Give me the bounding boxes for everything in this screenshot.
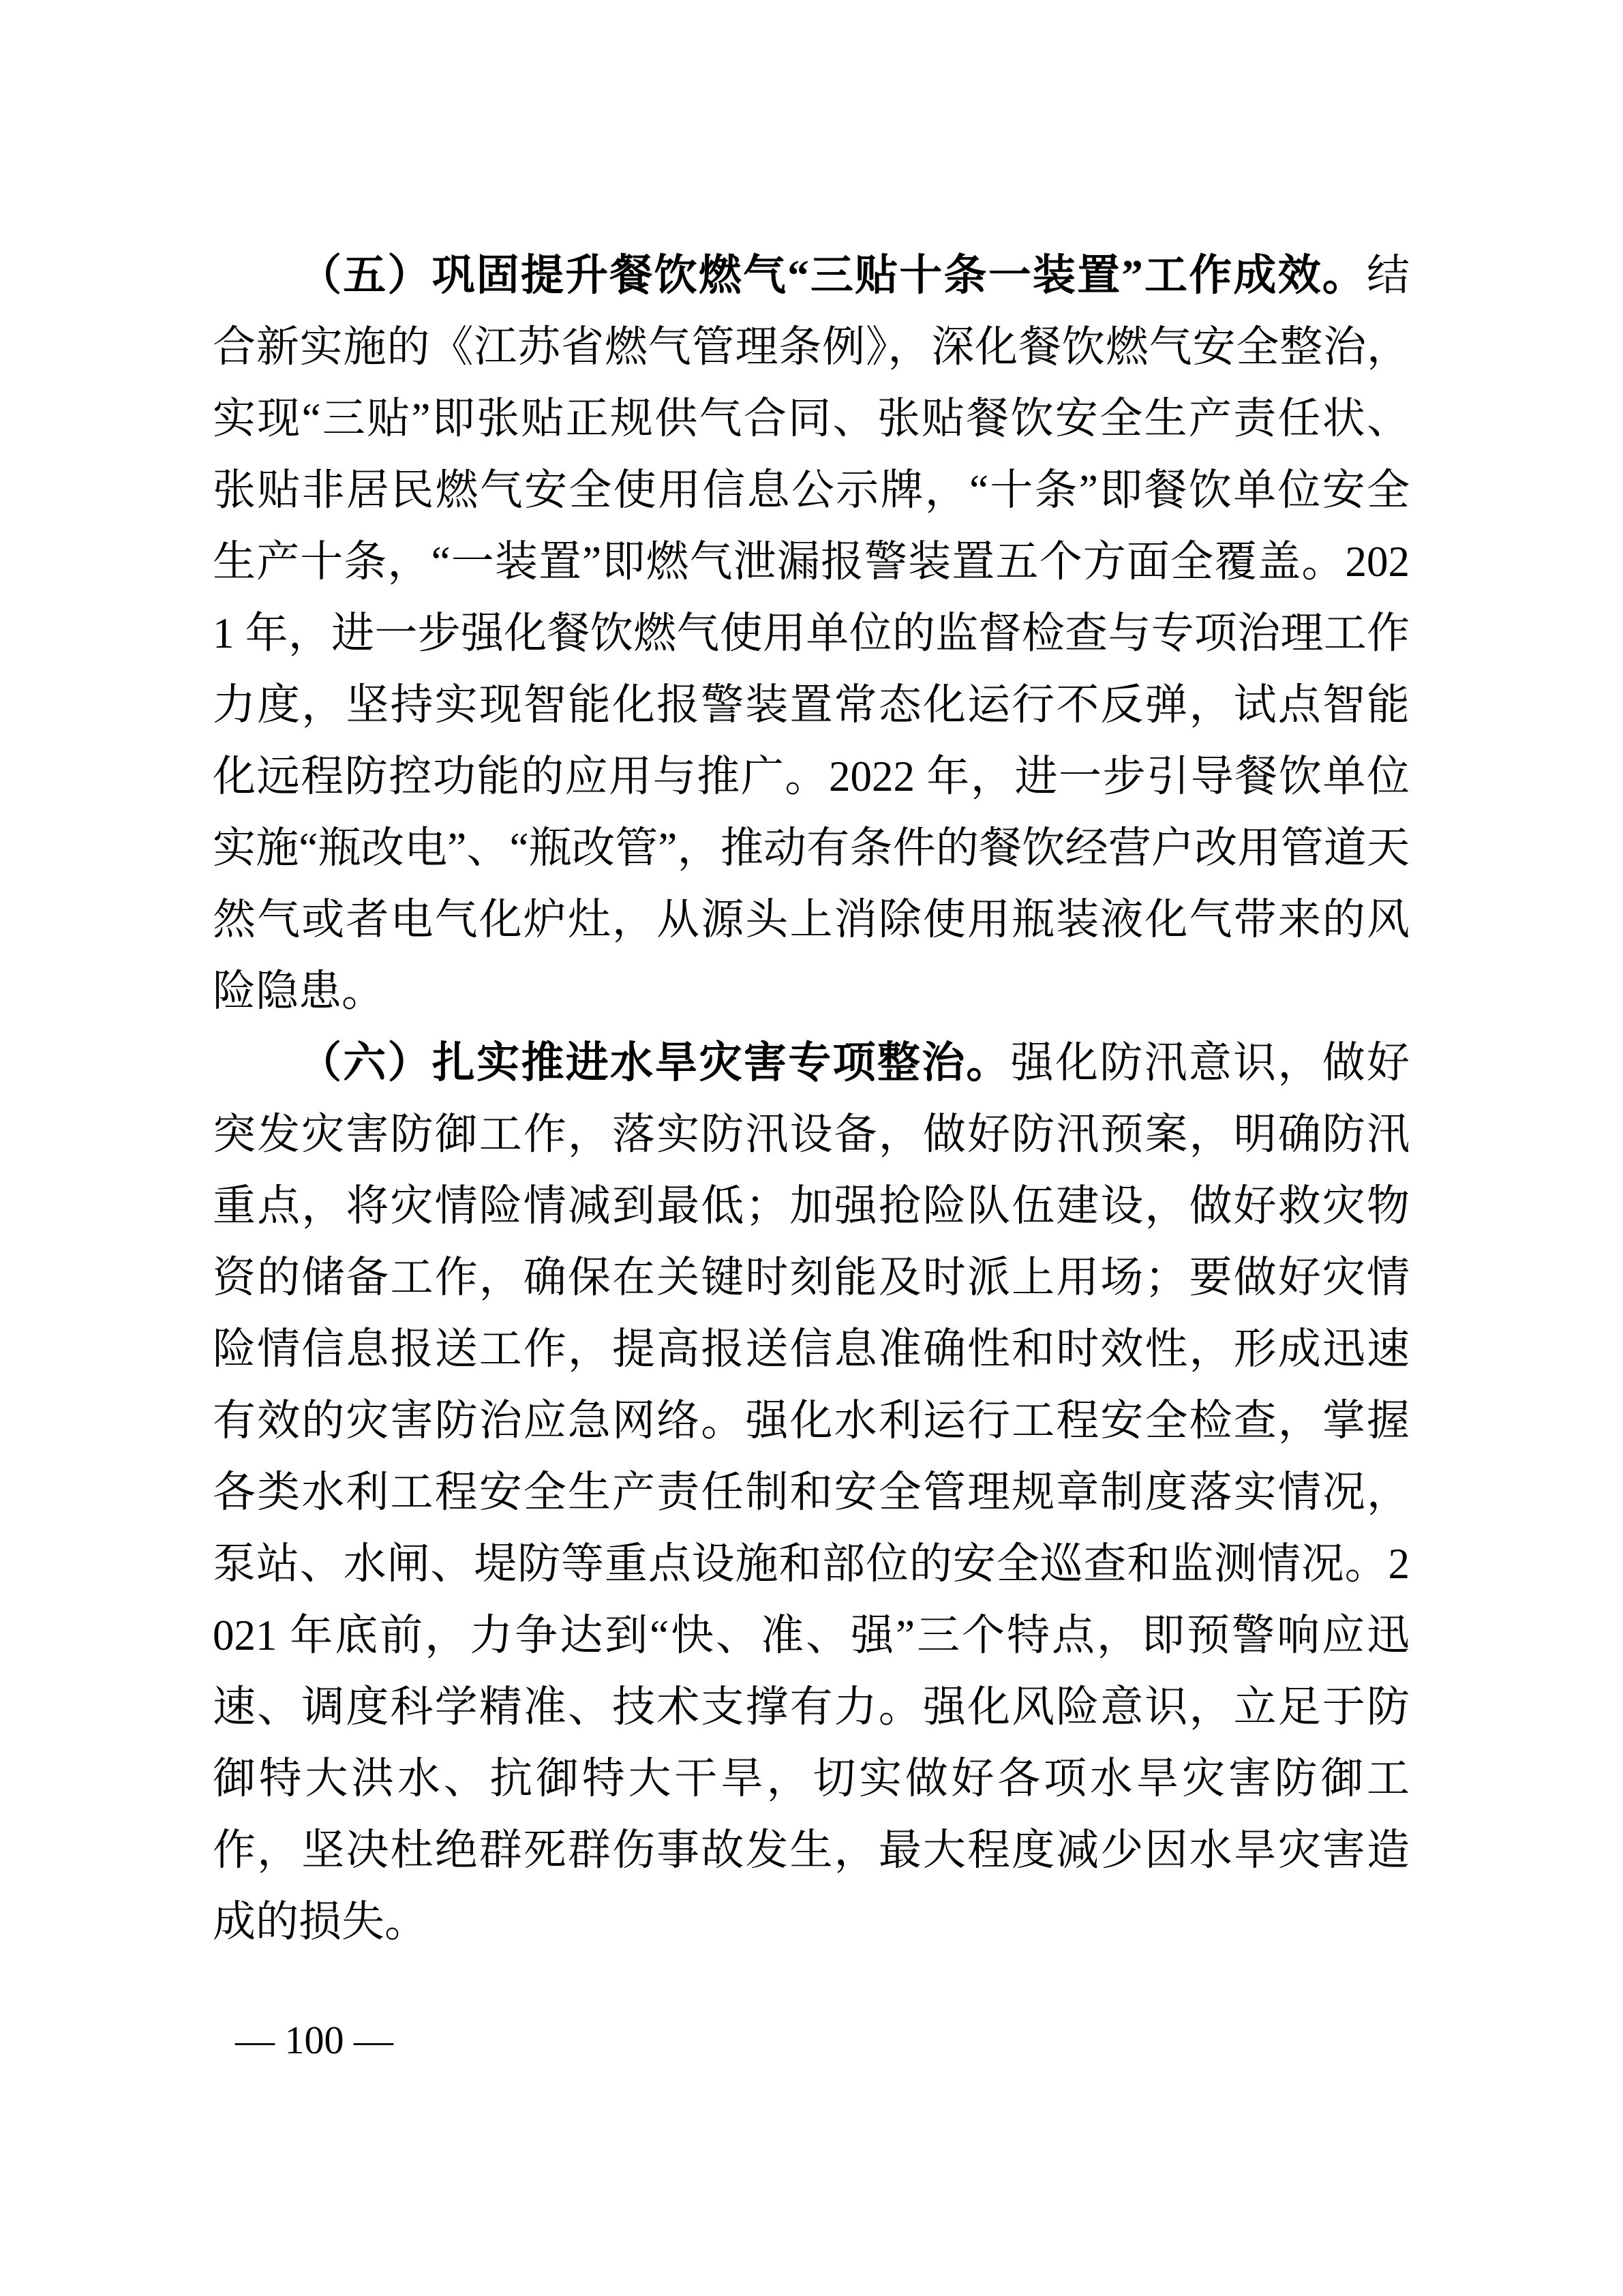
paragraph-section-6: （六）扎实推进水旱灾害专项整治。强化防汛意识，做好突发灾害防御工作，落实防汛设备… xyxy=(213,1027,1410,1958)
document-page: （五）巩固提升餐饮燃气“三贴十条一装置”工作成效。结合新实施的《江苏省燃气管理条… xyxy=(0,0,1623,2296)
paragraph-lead: （五）巩固提升餐饮燃气“三贴十条一装置”工作成效。 xyxy=(299,252,1367,299)
paragraph-body: 结合新实施的《江苏省燃气管理条例》，深化餐饮燃气安全整治，实现“三贴”即张贴正规… xyxy=(213,252,1410,1015)
page-number: — 100 — xyxy=(235,2016,393,2064)
paragraph-lead: （六）扎实推进水旱灾害专项整治。 xyxy=(299,1039,1011,1087)
paragraph-body: 强化防汛意识，做好突发灾害防御工作，落实防汛设备，做好防汛预案，明确防汛重点，将… xyxy=(213,1039,1410,1946)
paragraph-section-5: （五）巩固提升餐饮燃气“三贴十条一装置”工作成效。结合新实施的《江苏省燃气管理条… xyxy=(213,240,1410,1027)
document-body: （五）巩固提升餐饮燃气“三贴十条一装置”工作成效。结合新实施的《江苏省燃气管理条… xyxy=(213,240,1410,1958)
